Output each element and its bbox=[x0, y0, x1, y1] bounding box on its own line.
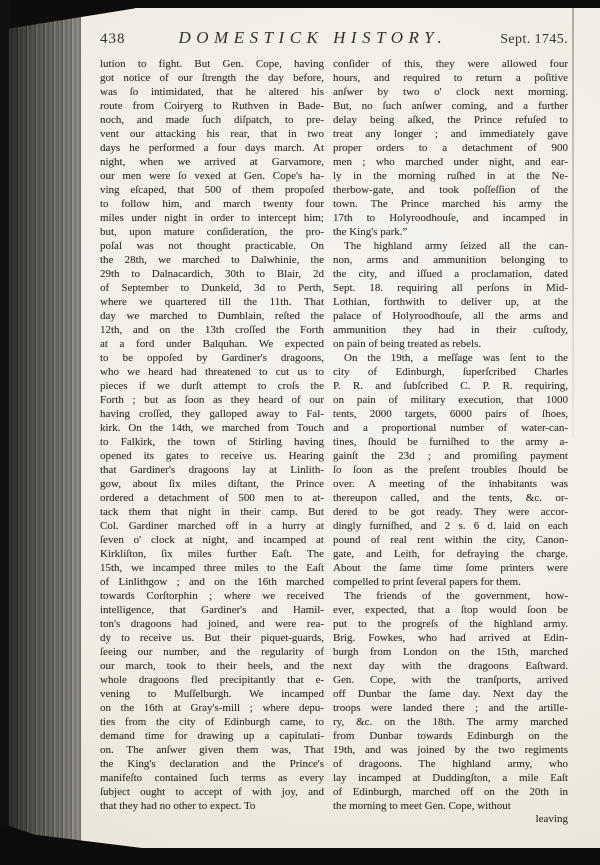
catchword: leaving bbox=[333, 813, 571, 825]
text-line: that they had no other to expect. To bbox=[100, 799, 324, 813]
text-line: the morning to meet Gen. Cope, without bbox=[333, 799, 568, 813]
text-line: on the 16th at Gray's-mill ; where depu- bbox=[100, 701, 324, 715]
text-line: lay incamped at Duddingſton, a mile Eaſt bbox=[333, 771, 568, 785]
text-line: at a ford under Balquhan. We expected bbox=[100, 337, 324, 351]
book-scan: 438 DOMESTICK HISTORY. Sept. 1745. lutio… bbox=[0, 0, 600, 865]
text-line: was ſo intimidated, that he altered his bbox=[100, 85, 324, 99]
text-line: dered to be got ready. They were accor- bbox=[333, 505, 568, 519]
text-line: to Falkirk, the town of Stirling having bbox=[100, 435, 324, 449]
text-line: gainſt the 23d ; and promiſing payment bbox=[333, 449, 568, 463]
page-title: DOMESTICK HISTORY. bbox=[126, 28, 501, 48]
text-line: pieces if we durſt attempt to croſs the bbox=[100, 379, 324, 393]
text-line: ton's dragoons had joined, and were rea- bbox=[100, 617, 324, 631]
text-line: conſider of this, they were allowed four bbox=[333, 57, 568, 71]
text-line: ving eſcaped, that 500 of them propoſed bbox=[100, 183, 324, 197]
text-line: ry, &c. on the 18th. The army marched bbox=[333, 715, 568, 729]
text-line: Col. Gardiner marched off in a hurry at bbox=[100, 519, 324, 533]
text-line: put to the progreſs of the highland army… bbox=[333, 617, 568, 631]
text-line: ever, expected, that a ſtop would ſoon b… bbox=[333, 603, 568, 617]
text-line: thereupon called, and the tents, &c. or- bbox=[333, 491, 568, 505]
text-line: tents, 2000 targets, 6000 pairs of ſhoes… bbox=[333, 407, 568, 421]
book-page-stack-edge bbox=[8, 6, 81, 854]
text-line: 19th, and was joined by the two regiment… bbox=[333, 743, 568, 757]
text-line: on pain of military execution, that 1000 bbox=[333, 393, 568, 407]
text-line: Forth ; but as ſoon as they heard of our bbox=[100, 393, 324, 407]
text-line: troops were landed there ; and the artil… bbox=[333, 701, 568, 715]
text-line: On the 19th, a meſſage was ſent to the bbox=[333, 351, 568, 365]
text-line: the King's declaration and the Prince's bbox=[100, 757, 324, 771]
text-line: night, when we arrived at Garvamore, bbox=[100, 155, 324, 169]
text-line: noch, and made ſuch diſpatch, to pre- bbox=[100, 113, 324, 127]
scan-border-bottom bbox=[0, 848, 600, 865]
text-line: therbow-gate, and took poſſeſſion of the bbox=[333, 183, 568, 197]
text-line: the King's park.” bbox=[333, 225, 568, 239]
text-line: burgh from London on the 15th, marched bbox=[333, 645, 568, 659]
scan-border-left bbox=[0, 0, 9, 865]
text-line: hours, and required to return a poſitive bbox=[333, 71, 568, 85]
text-line: poſal was not thought practicable. On bbox=[100, 239, 324, 253]
text-line: The friends of the government, how- bbox=[333, 589, 568, 603]
text-line: got notice of our ſtrength the day befor… bbox=[100, 71, 324, 85]
left-column: lution to fight. But Gen. Cope, havinggo… bbox=[100, 57, 324, 813]
text-line: men ; who marched under night, and ear- bbox=[333, 155, 568, 169]
running-header: 438 DOMESTICK HISTORY. Sept. 1745. bbox=[100, 28, 568, 54]
text-line: vent our attacking his rear, that in two bbox=[100, 127, 324, 141]
text-line: on. The anſwer given them was, That bbox=[100, 743, 324, 757]
text-line: Sept. 18. requiring all perſons in Mid- bbox=[333, 281, 568, 295]
text-line: city of Edinburgh, ſuperſcribed Charles bbox=[333, 365, 568, 379]
text-line: kirk. On the 14th, we marched from Touch bbox=[100, 421, 324, 435]
text-line: Gen. Cope, with the tranſports, arrived bbox=[333, 673, 568, 687]
text-line: route from Coiryerg to Ruthven in Bade- bbox=[100, 99, 324, 113]
text-line: About the ſame time ſome printers were bbox=[333, 561, 568, 575]
text-line: 15th, we incamped three miles to the Eaſ… bbox=[100, 561, 324, 575]
text-line: town. The Prince marched his army the bbox=[333, 197, 568, 211]
text-line: our men were ſo vexed at Gen. Cope's ha- bbox=[100, 169, 324, 183]
text-line: to be oppoſed by Gardiner's dragoons, bbox=[100, 351, 324, 365]
text-line: but, upon mature conſideration, the pro- bbox=[100, 225, 324, 239]
text-line: days he performed a four days march. At bbox=[100, 141, 324, 155]
text-line: compelled to print ſeveral papers for th… bbox=[333, 575, 568, 589]
text-line: of September to Dunkeld, 3d to Perth, bbox=[100, 281, 324, 295]
text-line: miles under night in order to intercept … bbox=[100, 211, 324, 225]
text-line: Brig. Fowkes, who had arrived at Edin- bbox=[333, 631, 568, 645]
text-line: that Gardiner's dragoons lay at Linlith- bbox=[100, 463, 324, 477]
text-line: The highland army ſeized all the can- bbox=[333, 239, 568, 253]
text-line: whole dragoons fled precipitantly that e… bbox=[100, 673, 324, 687]
text-line: But, no ſuch anſwer coming, and a furthe… bbox=[333, 99, 568, 113]
text-line: of Edinburgh, marched off on the 20th in bbox=[333, 785, 568, 799]
text-line: dingly furniſhed, and 2 s. 6 d. laid on … bbox=[333, 519, 568, 533]
text-line: ſeven o' clock at night, and incamped at bbox=[100, 533, 324, 547]
text-line: non, arms and ammunition belonging to bbox=[333, 253, 568, 267]
text-line: manifeſto contained ſuch terms as every bbox=[100, 771, 324, 785]
text-line: ſo ſoon as the preſent troubles ſhould b… bbox=[333, 463, 568, 477]
text-line: 12th, and on the 13th croſſed the Forth bbox=[100, 323, 324, 337]
text-line: the 28th, we marched to Dalwhinie, the bbox=[100, 253, 324, 267]
text-line: from Dunbar towards Edinburgh on the bbox=[333, 729, 568, 743]
text-line: next day with the dragoons Eaſtward. bbox=[333, 659, 568, 673]
text-line: gow, about ſix miles diſtant, the Prince bbox=[100, 477, 324, 491]
text-line: 29th to Dalnacardich, 30th to Blair, 2d bbox=[100, 267, 324, 281]
text-line: pound of real rent within the city, Cano… bbox=[333, 533, 568, 547]
text-line: P. R. and ſubſcribed C. P. R. requiring, bbox=[333, 379, 568, 393]
text-line: lution to fight. But Gen. Cope, having bbox=[100, 57, 324, 71]
text-line: and a proportional number of water-can- bbox=[333, 421, 568, 435]
text-line: to follow him, and march twenty four bbox=[100, 197, 324, 211]
text-line: palace of Holyroodhouſe, all the arms an… bbox=[333, 309, 568, 323]
text-line: tines, ſhould be furniſhed to the army a… bbox=[333, 435, 568, 449]
text-line: ly in the morning ruſhed in at the Ne- bbox=[333, 169, 568, 183]
text-line: the city, and iſſued a proclamation, dat… bbox=[333, 267, 568, 281]
text-line: ammunition they had in their cuſtody, bbox=[333, 323, 568, 337]
text-line: ſeeing our number, and the regularity of bbox=[100, 645, 324, 659]
text-line: 17th to Holyroodhouſe, and incamped in bbox=[333, 211, 568, 225]
text-line: where we quartered till the 11th. That bbox=[100, 295, 324, 309]
text-line: Kirkliſton, ſix miles further Eaſt. The bbox=[100, 547, 324, 561]
page-gutter-crease bbox=[572, 8, 574, 438]
text-line: Lothian, forthwith to deliver up, at the bbox=[333, 295, 568, 309]
text-line: dy to receive us. But their piquet-guard… bbox=[100, 631, 324, 645]
text-line: of dragoons. The highland army, who bbox=[333, 757, 568, 771]
text-line: who we heard had threatened to cut us to bbox=[100, 365, 324, 379]
text-columns: lution to fight. But Gen. Cope, havinggo… bbox=[100, 57, 568, 813]
text-line: opened its gates to receive us. Hearing bbox=[100, 449, 324, 463]
text-line: on pain of being treated as rebels. bbox=[333, 337, 568, 351]
issue-date: Sept. 1745. bbox=[500, 32, 568, 48]
text-line: our march, took to their heels, and the bbox=[100, 659, 324, 673]
text-line: off Dunbar the ſame day. Next day the bbox=[333, 687, 568, 701]
text-line: ſubject ought to accept of with joy, and bbox=[100, 785, 324, 799]
text-line: proper orders to a detachment of 900 bbox=[333, 141, 568, 155]
text-line: demand time for drawing up a capitulati- bbox=[100, 729, 324, 743]
page-content: 438 DOMESTICK HISTORY. Sept. 1745. lutio… bbox=[100, 28, 568, 825]
text-line: tack them that night in their camp. But bbox=[100, 505, 324, 519]
text-line: over. A meeting of the inhabitants was bbox=[333, 477, 568, 491]
right-column: conſider of this, they were allowed four… bbox=[333, 57, 568, 813]
text-line: day we marched to Dumblain, reſted the bbox=[100, 309, 324, 323]
text-line: treat any longer ; and immediately gave bbox=[333, 127, 568, 141]
page-number: 438 bbox=[100, 31, 126, 48]
text-line: intelligence, that Gardiner's and Hamil- bbox=[100, 603, 324, 617]
text-line: anſwer by two o' clock next morning. bbox=[333, 85, 568, 99]
text-line: ordered a detachment of 500 men to at- bbox=[100, 491, 324, 505]
text-line: towards Corſtorphin ; where we received bbox=[100, 589, 324, 603]
text-line: of Linlithgow ; and on the 16th marched bbox=[100, 575, 324, 589]
text-line: ties from the city of Edinburgh came, to bbox=[100, 715, 324, 729]
text-line: vening to Muſſelburgh. We incamped bbox=[100, 687, 324, 701]
text-line: delay being aſked, the Prince refuſed to bbox=[333, 113, 568, 127]
text-line: having croſſed, they galloped away to Fa… bbox=[100, 407, 324, 421]
text-line: gate, and Leith, for defraying the charg… bbox=[333, 547, 568, 561]
